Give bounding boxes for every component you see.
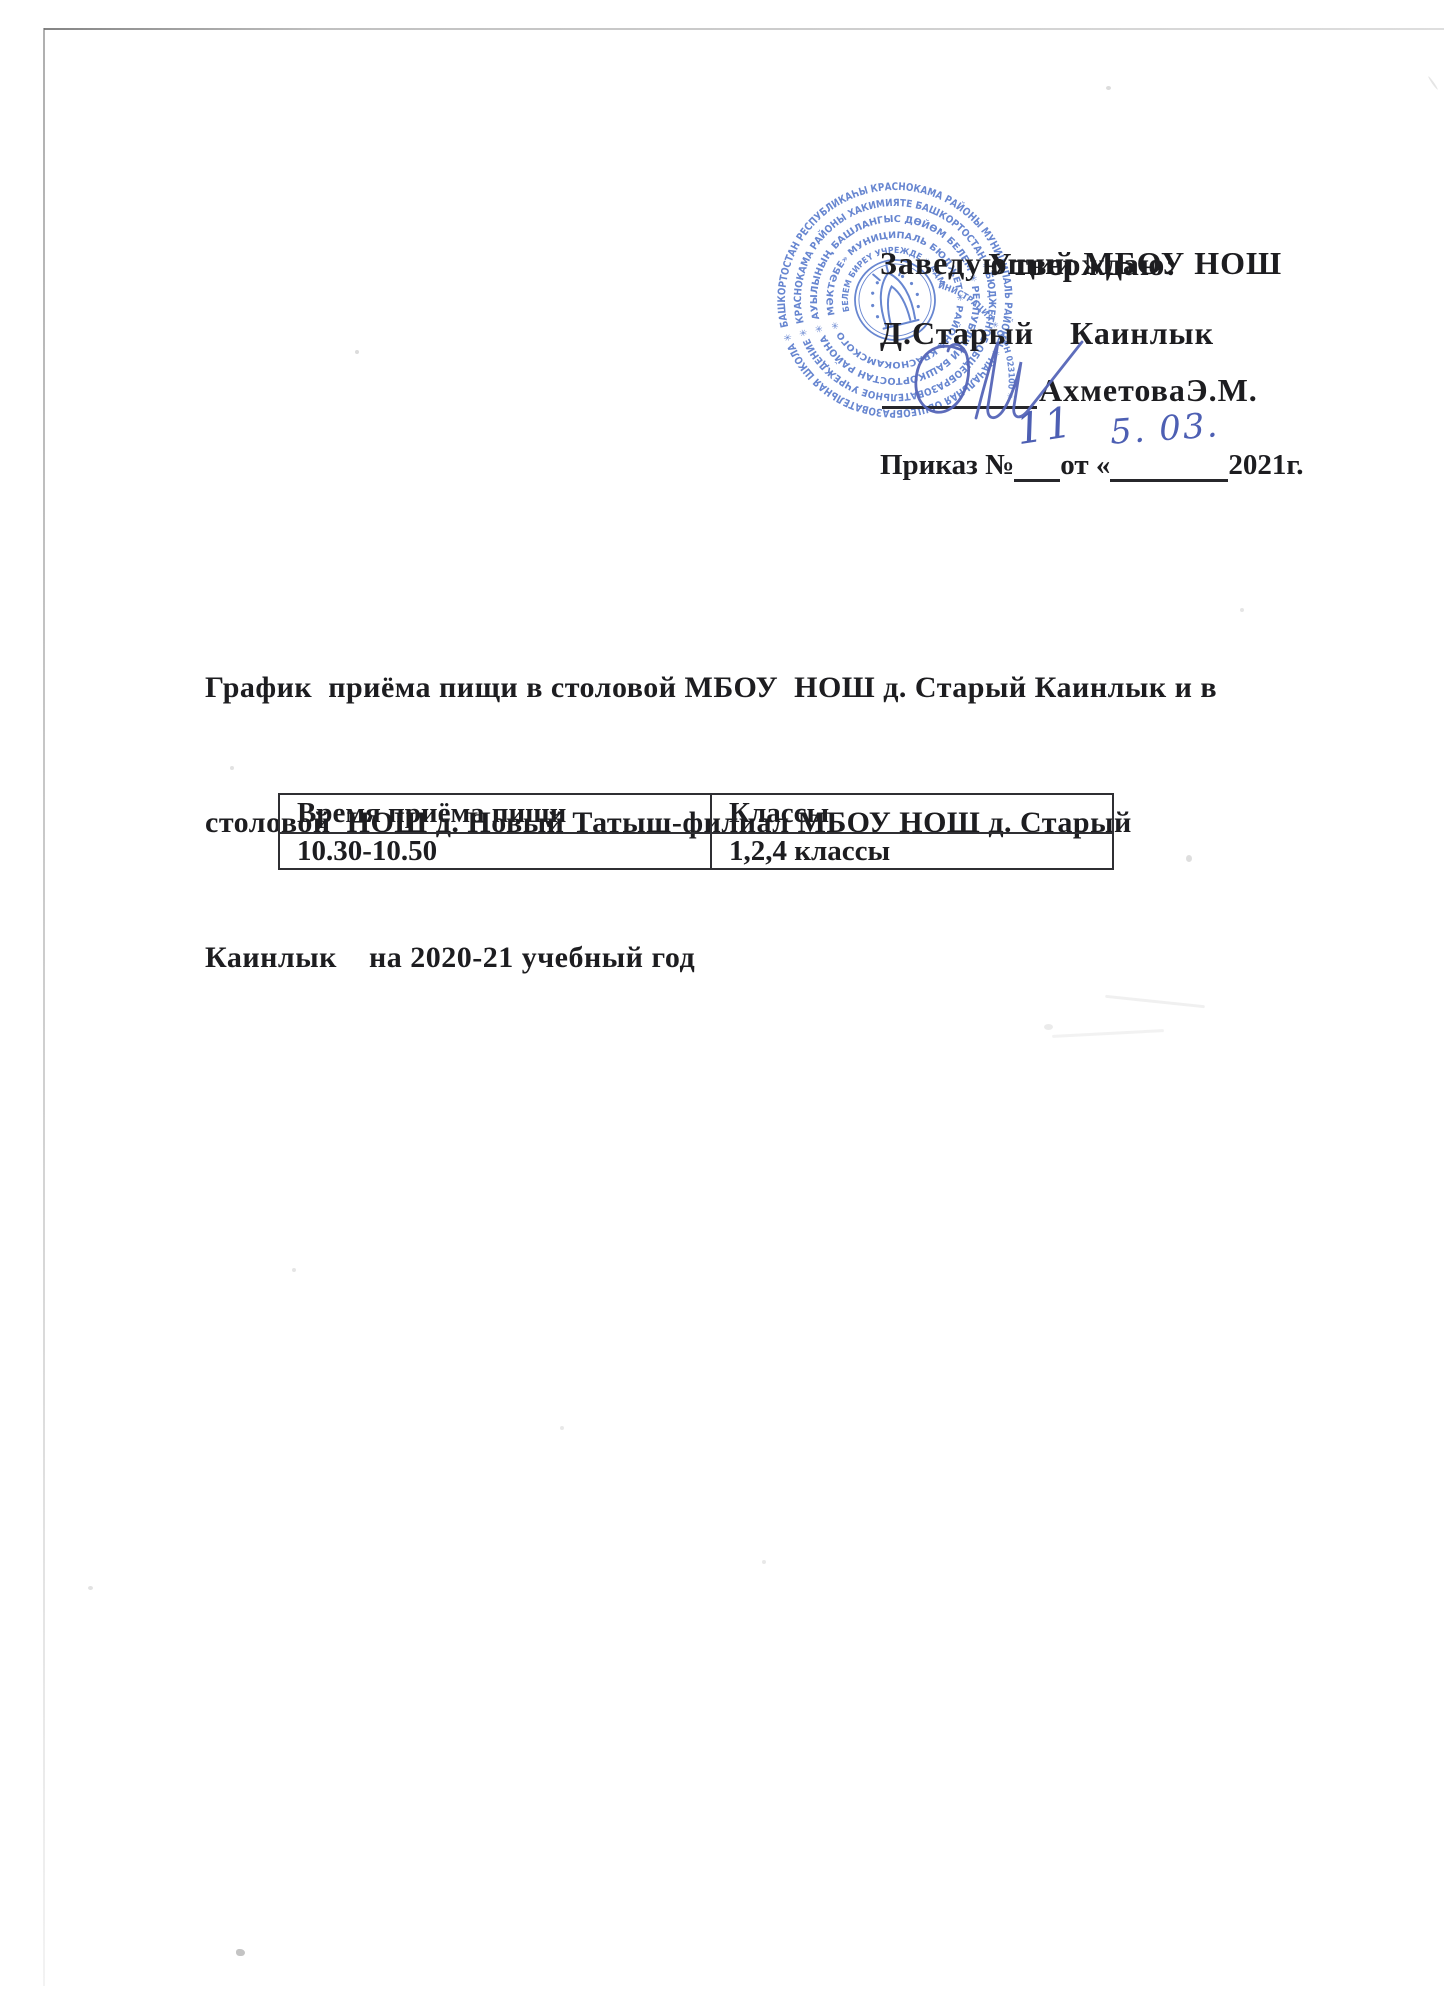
scan-speck — [292, 1268, 296, 1272]
order-prefix: Приказ № — [880, 449, 1014, 482]
pencil-smudge — [1052, 1029, 1164, 1038]
order-year: 2021г. — [1228, 449, 1303, 482]
scan-edge-top — [44, 28, 1444, 30]
order-line: Приказ № 11 от « 5. 03. 2021г. — [880, 447, 1304, 482]
meal-schedule-table: Время приёма пищи Классы 10.30-10.50 1,2… — [278, 793, 1114, 870]
order-from: от « — [1060, 449, 1110, 482]
header-classes: Классы — [711, 794, 1113, 833]
order-number-blank: 11 — [1014, 447, 1060, 482]
header-time: Время приёма пищи — [279, 794, 711, 833]
scan-edge-left — [43, 28, 45, 1986]
order-date-blank: 5. 03. — [1110, 447, 1228, 482]
cell-time: 10.30-10.50 — [279, 833, 711, 869]
scanned-document-page: { "approval": { "approve_label": "Утверж… — [0, 0, 1454, 2000]
table-header-row: Время приёма пищи Классы — [279, 794, 1113, 833]
scan-speck — [1106, 86, 1111, 90]
title-line-3: Каинлык на 2020-21 учебный год — [205, 935, 1295, 980]
scan-speck — [560, 1426, 564, 1430]
signer-position: Заведующий МБОУ НОШ — [880, 245, 1282, 282]
scan-speck — [355, 350, 359, 354]
title-line-1: График приёма пищи в столовой МБОУ НОШ д… — [205, 665, 1295, 710]
scan-speck — [762, 1560, 766, 1564]
scan-speck — [88, 1586, 93, 1590]
table-row: 10.30-10.50 1,2,4 классы — [279, 833, 1113, 869]
scan-speck — [236, 1949, 245, 1956]
cell-classes: 1,2,4 классы — [711, 833, 1113, 869]
handwritten-order-date: 5. 03. — [1109, 405, 1221, 453]
handwritten-signature — [860, 318, 1100, 448]
scan-speck — [1428, 76, 1439, 90]
